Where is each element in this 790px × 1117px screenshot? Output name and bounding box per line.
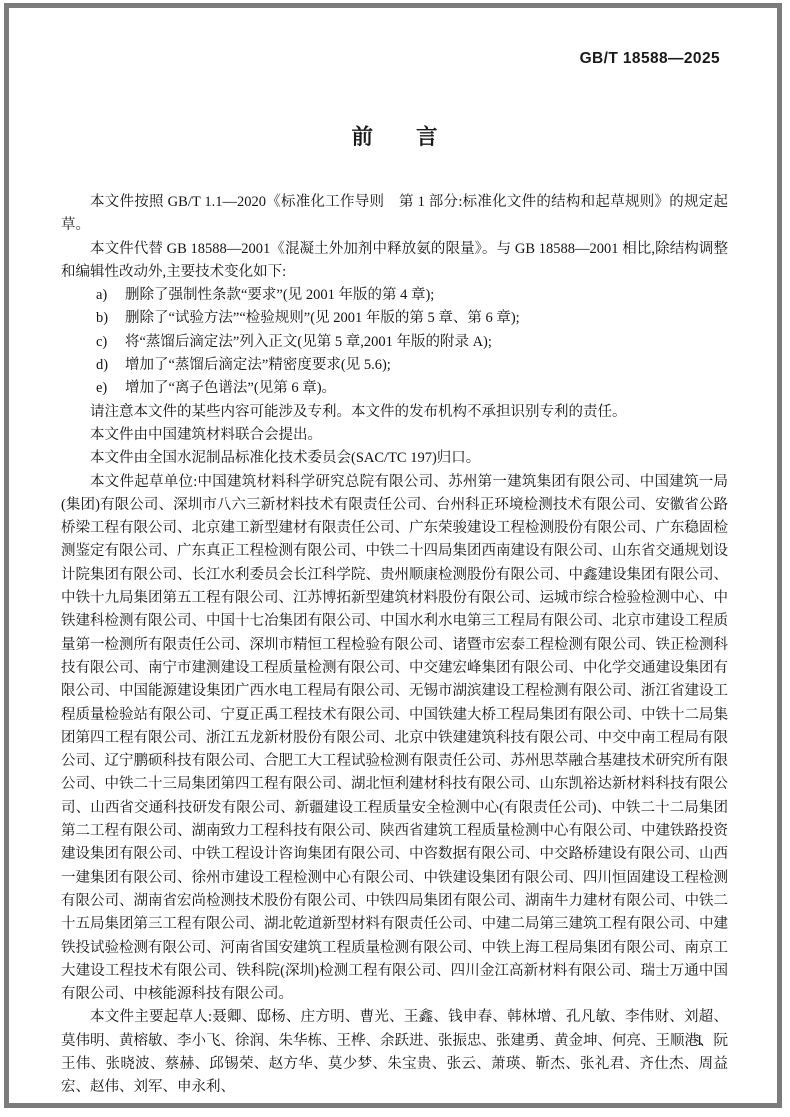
page-number: I <box>697 1033 702 1050</box>
paragraph-committee: 本文件由全国水泥制品标准化技术委员会(SAC/TC 197)归口。 <box>61 447 728 470</box>
change-item-e: e) 增加了“离子色谱法”(见第 6 章)。 <box>61 377 728 400</box>
change-marker: e) <box>96 377 125 400</box>
paragraph-drafting-units: 本文件起草单位:中国建筑材料科学研究总院有限公司、苏州第一建筑集团有限公司、中国… <box>61 471 728 1007</box>
change-marker: d) <box>96 354 125 377</box>
change-text: 增加了“蒸馏后滴定法”精密度要求(见 5.6); <box>125 354 728 377</box>
change-text: 将“蒸馏后滴定法”列入正文(见第 5 章,2001 年版的附录 A); <box>125 331 728 354</box>
change-text: 增加了“离子色谱法”(见第 6 章)。 <box>125 377 728 400</box>
change-item-b: b) 删除了“试验方法”“检验规则”(见 2001 年版的第 5 章、第 6 章… <box>61 307 728 330</box>
change-item-c: c) 将“蒸馏后滴定法”列入正文(见第 5 章,2001 年版的附录 A); <box>61 331 728 354</box>
change-item-a: a) 删除了强制性条款“要求”(见 2001 年版的第 4 章); <box>61 284 728 307</box>
paragraph-patent-notice: 请注意本文件的某些内容可能涉及专利。本文件的发布机构不承担识别专利的责任。 <box>61 401 728 424</box>
foreword-title: 前 言 <box>61 120 728 151</box>
change-marker: c) <box>96 331 125 354</box>
change-item-d: d) 增加了“蒸馏后滴定法”精密度要求(见 5.6); <box>61 354 728 377</box>
change-marker: b) <box>96 307 125 330</box>
change-text: 删除了“试验方法”“检验规则”(见 2001 年版的第 5 章、第 6 章); <box>125 307 728 330</box>
page-content: GB/T 18588—2025 前 言 本文件按照 GB/T 1.1—2020《… <box>61 0 728 1100</box>
paragraph-proposer: 本文件由中国建筑材料联合会提出。 <box>61 424 728 447</box>
paragraph-drafters: 本文件主要起草人:聂卿、邸杨、庄方明、曹光、王鑫、钱申春、韩林增、孔凡敏、李伟财… <box>61 1006 728 1099</box>
paragraph-basis: 本文件按照 GB/T 1.1—2020《标准化工作导则 第 1 部分:标准化文件… <box>61 191 728 238</box>
paragraph-replacement: 本文件代替 GB 18588—2001《混凝土外加剂中释放氨的限量》。与 GB … <box>61 238 728 285</box>
standard-code: GB/T 18588—2025 <box>61 50 728 68</box>
change-text: 删除了强制性条款“要求”(见 2001 年版的第 4 章); <box>125 284 728 307</box>
foreword-body: 本文件按照 GB/T 1.1—2020《标准化工作导则 第 1 部分:标准化文件… <box>61 191 728 1100</box>
change-marker: a) <box>96 284 125 307</box>
